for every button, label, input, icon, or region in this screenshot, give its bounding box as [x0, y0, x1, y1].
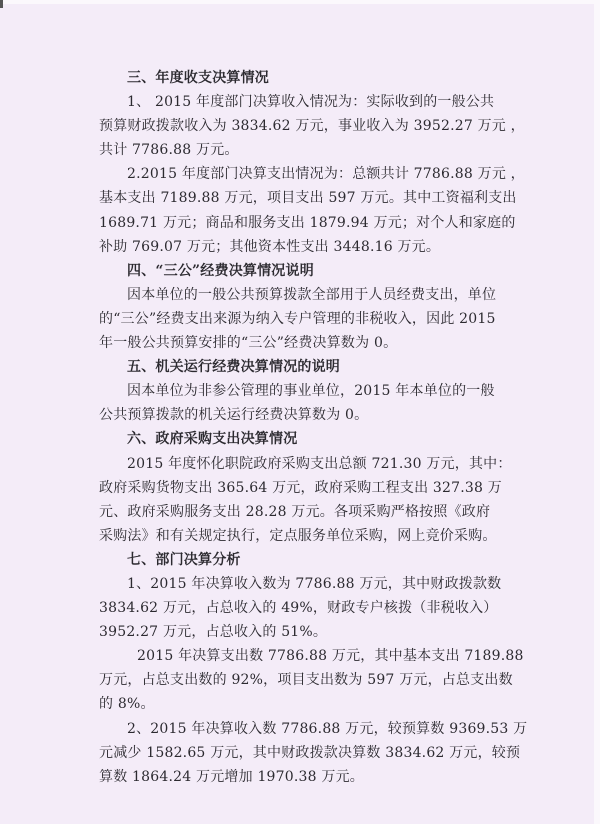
text-line: 3952.27 万元，占总收入的 51%。: [99, 620, 507, 644]
paragraph-expenditure-analysis: 2015 年决算支出数 7786.88 万元，其中基本支出 7189.88 万元…: [99, 644, 507, 716]
text-line: 3834.62 万元，占总收入的 49%，财政专户核拨（非税收入）: [99, 596, 507, 620]
text-line: 2.2015 年度部门决算支出情况为：总额共计 7786.88 万元 ，: [99, 162, 507, 186]
text-line: 的 8%。: [99, 692, 507, 716]
text-line: 政府采购货物支出 365.64 万元，政府采购工程支出 327.38 万: [99, 476, 507, 500]
text-line: 万元，占总支出数的 92%，项目支出数为 597 万元，占总支出数: [99, 668, 507, 692]
text-line: 补助 769.07 万元；其他资本性支出 3448.16 万元。: [99, 235, 507, 259]
text-line: 因本单位为非参公管理的事业单位，2015 年本单位的一般: [99, 379, 507, 403]
section-budget-analysis: 七、部门决算分析 1、2015 年决算收入数为 7786.88 万元，其中财政拨…: [99, 548, 507, 789]
text-line: 算数 1864.24 万元增加 1970.38 万元。: [99, 765, 507, 789]
section-heading: 四、“三公”经费决算情况说明: [99, 259, 507, 283]
paragraph-budget-comparison: 2、2015 年决算收入数 7786.88 万元，较预算数 9369.53 万 …: [99, 717, 507, 789]
text-line: 基本支出 7189.88 万元，项目支出 597 万元。其中工资福利支出: [99, 186, 507, 210]
text-line: 1、2015 年决算收入数为 7786.88 万元，其中财政拨款数: [99, 572, 507, 596]
text-line: 预算财政拨款收入为 3834.62 万元，事业收入为 3952.27 万元 ，: [99, 114, 507, 138]
text-line: 2015 年度怀化职院政府采购支出总额 721.30 万元，其中：: [99, 452, 507, 476]
scan-top-edge: [0, 0, 600, 4]
text-line: 因本单位的一般公共预算拨款全部用于人员经费支出，单位: [99, 283, 507, 307]
document-page: 三、年度收支决算情况 1、 2015 年度部门决算收入情况为：实际收到的一般公共…: [99, 66, 507, 789]
section-three-public-expenses: 四、“三公”经费决算情况说明 因本单位的一般公共预算拨款全部用于人员经费支出，单…: [99, 259, 507, 355]
section-operating-expenses: 五、机关运行经费决算情况的说明 因本单位为非参公管理的事业单位，2015 年本单…: [99, 355, 507, 427]
text-line: 的“三公”经费支出来源为纳入专户管理的非税收入，因此 2015: [99, 307, 507, 331]
section-annual-budget: 三、年度收支决算情况 1、 2015 年度部门决算收入情况为：实际收到的一般公共…: [99, 66, 507, 259]
text-line: 元减少 1582.65 万元，其中财政拨款决算数 3834.62 万元，较预: [99, 741, 507, 765]
text-line: 元、政府采购服务支出 28.28 万元。各项采购严格按照《政府: [99, 500, 507, 524]
section-heading: 七、部门决算分析: [99, 548, 507, 572]
text-line: 2、2015 年决算收入数 7786.88 万元，较预算数 9369.53 万: [99, 717, 507, 741]
text-line: 1、 2015 年度部门决算收入情况为：实际收到的一般公共: [99, 90, 507, 114]
scan-right-edge: [594, 0, 600, 824]
text-line: 采购法》和有关规定执行，定点服务单位采购，网上竞价采购。: [99, 524, 507, 548]
text-line: 1689.71 万元；商品和服务支出 1879.94 万元；对个人和家庭的: [99, 211, 507, 235]
paragraph-income: 1、 2015 年度部门决算收入情况为：实际收到的一般公共 预算财政拨款收入为 …: [99, 90, 507, 162]
paragraph-income-analysis: 1、2015 年决算收入数为 7786.88 万元，其中财政拨款数 3834.6…: [99, 572, 507, 644]
text-line: 公共预算拨款的机关运行经费决算数为 0。: [99, 403, 507, 427]
scan-corner-mark: [0, 0, 3, 8]
paragraph: 因本单位的一般公共预算拨款全部用于人员经费支出，单位 的“三公”经费支出来源为纳…: [99, 283, 507, 355]
text-line: 2015 年决算支出数 7786.88 万元，其中基本支出 7189.88: [99, 644, 507, 668]
paragraph: 因本单位为非参公管理的事业单位，2015 年本单位的一般 公共预算拨款的机关运行…: [99, 379, 507, 427]
paragraph-expenditure: 2.2015 年度部门决算支出情况为：总额共计 7786.88 万元 ， 基本支…: [99, 162, 507, 258]
section-heading: 六、政府采购支出决算情况: [99, 427, 507, 451]
text-line: 年一般公共预算安排的“三公”经费决算数为 0。: [99, 331, 507, 355]
text-line: 共计 7786.88 万元。: [99, 138, 507, 162]
paragraph: 2015 年度怀化职院政府采购支出总额 721.30 万元，其中： 政府采购货物…: [99, 452, 507, 548]
section-procurement: 六、政府采购支出决算情况 2015 年度怀化职院政府采购支出总额 721.30 …: [99, 427, 507, 547]
section-heading: 五、机关运行经费决算情况的说明: [99, 355, 507, 379]
section-heading: 三、年度收支决算情况: [99, 66, 507, 90]
